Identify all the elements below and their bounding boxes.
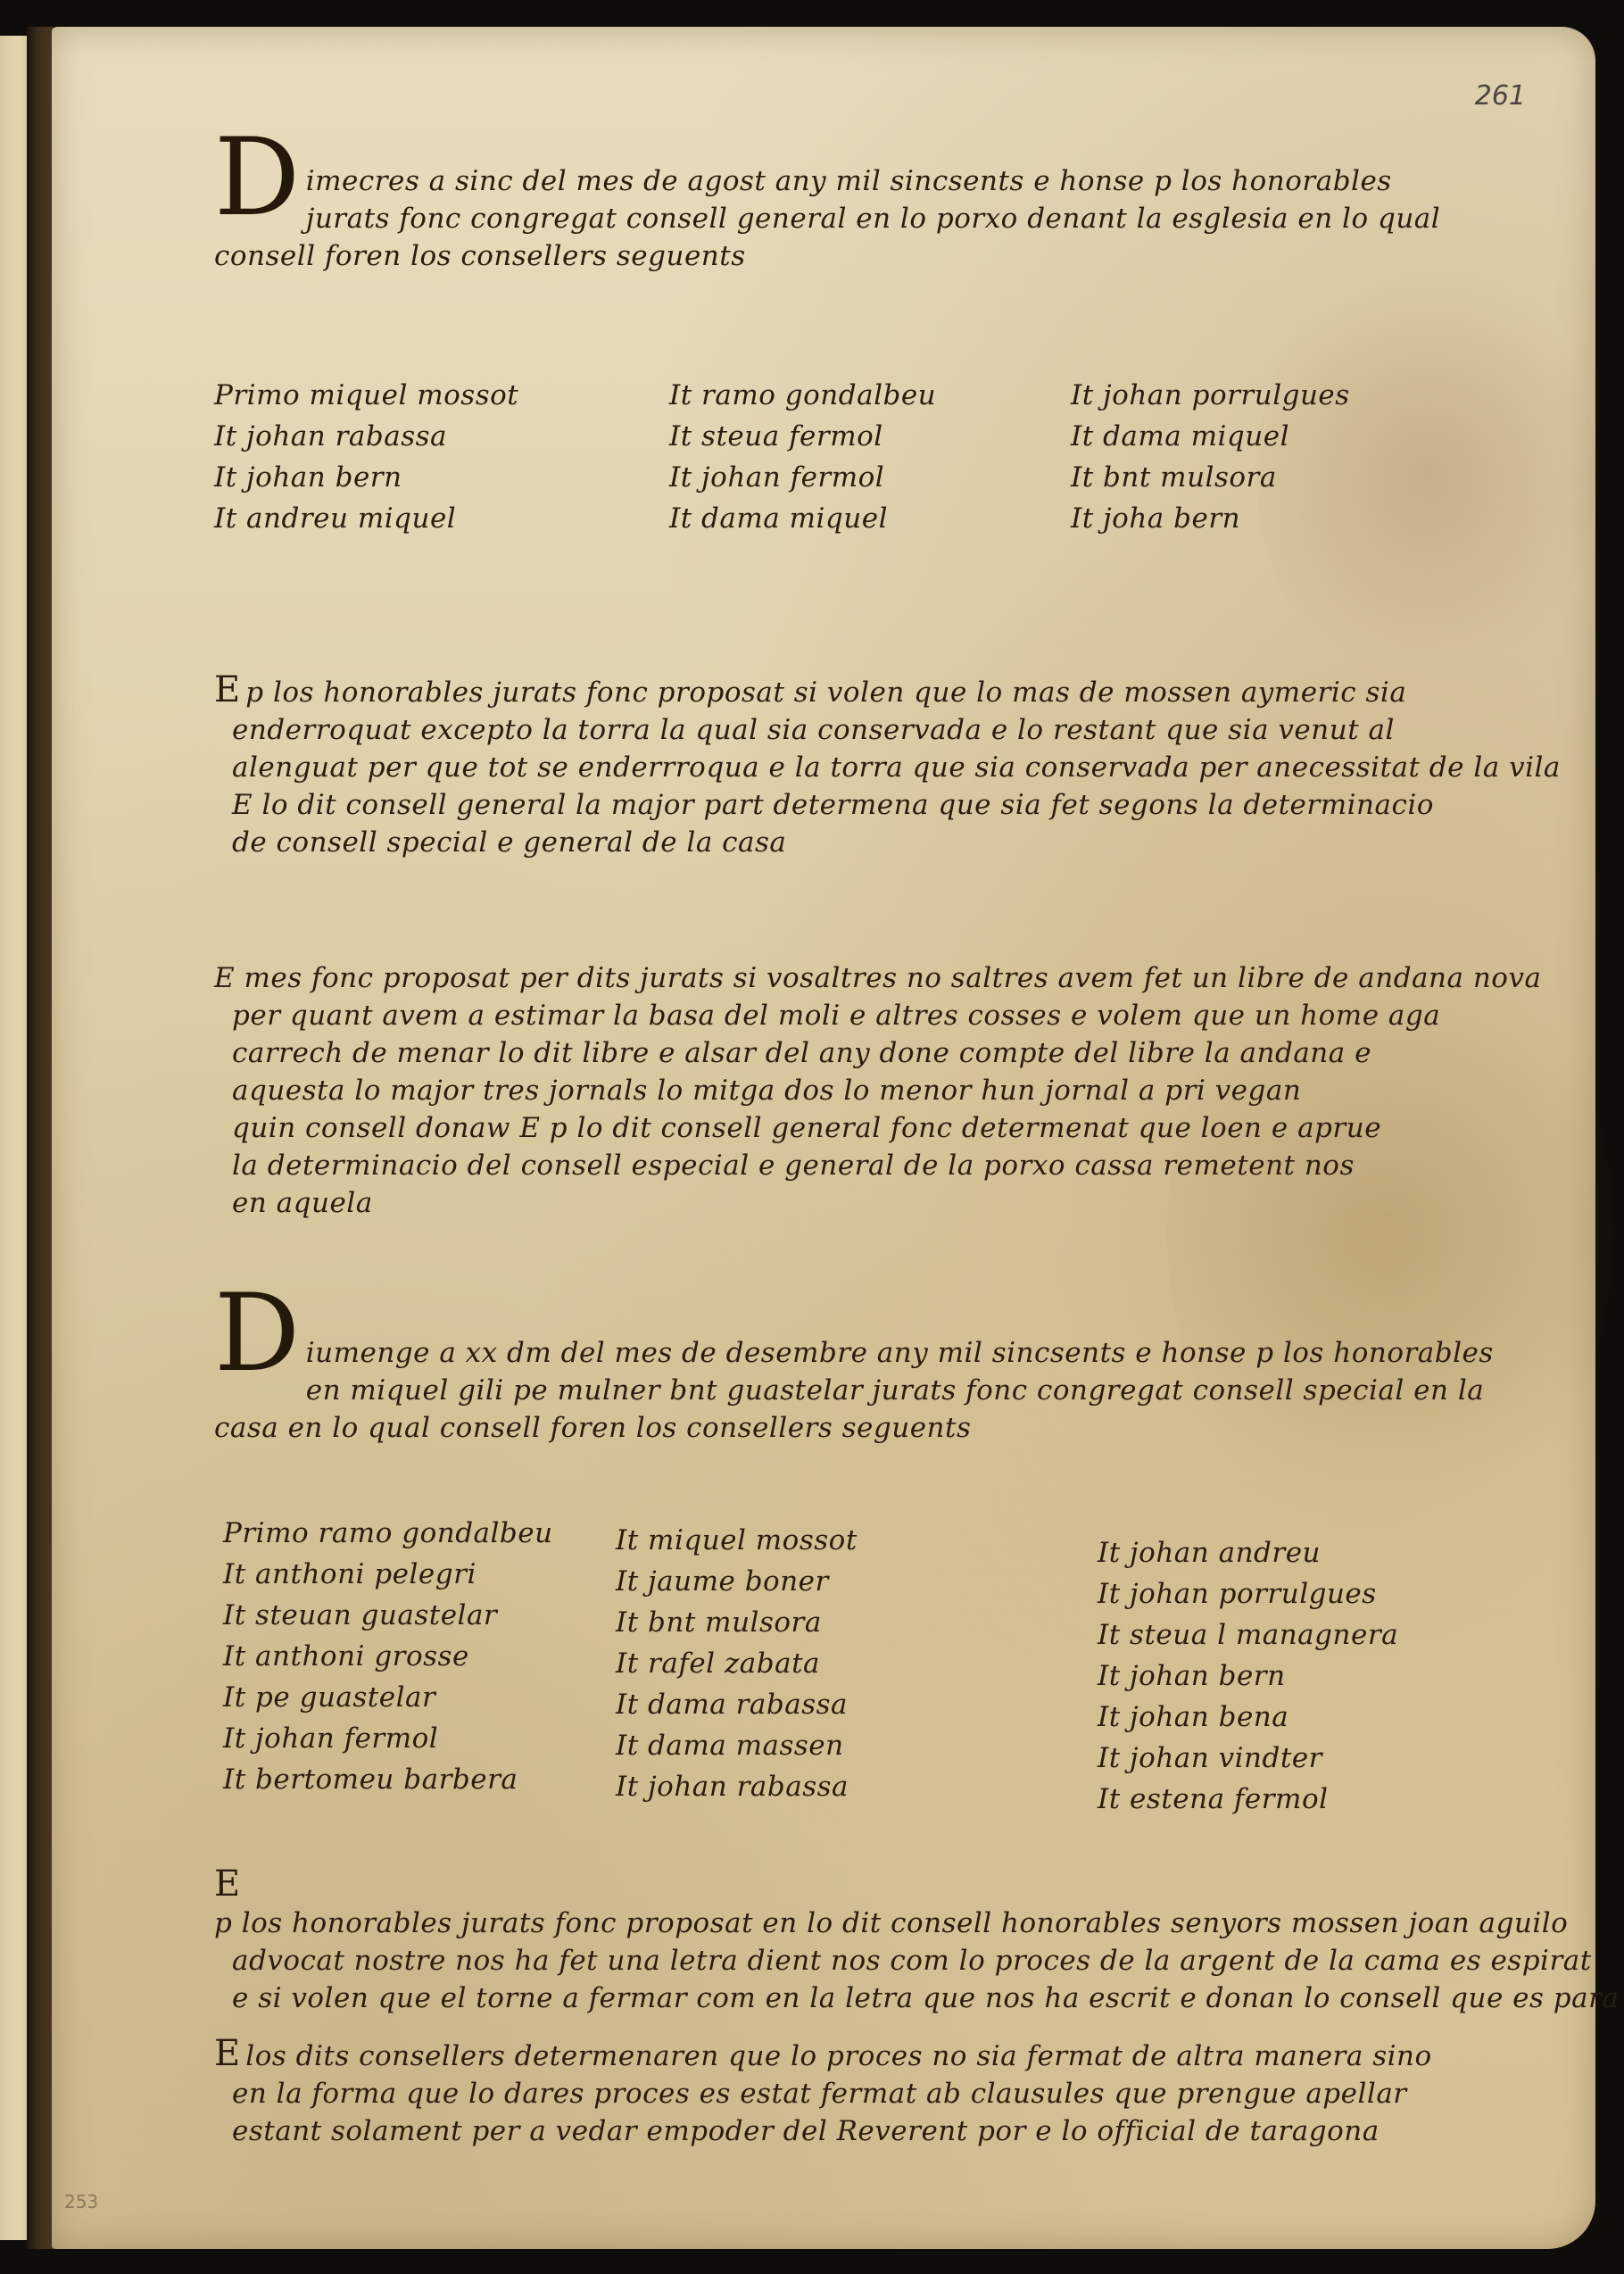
text-line: iumenge a xx dm del mes de desembre any … xyxy=(214,1299,1481,1372)
text-line: en miquel gili pe mulner bnt guastelar j… xyxy=(214,1372,1481,1409)
text-line: carrech de menar lo dit libre e alsar de… xyxy=(214,1034,1481,1072)
council-member: It dama miquel xyxy=(669,498,1035,539)
council-member: It bnt mulsora xyxy=(616,1602,1062,1643)
council-member: It joha bern xyxy=(1071,498,1428,539)
text-line: en la forma que lo dares proces es estat… xyxy=(214,2075,1481,2112)
council-member: It johan fermol xyxy=(669,457,1035,498)
council-member: It steuan guastelar xyxy=(223,1595,580,1636)
names-column: Primo ramo gondalbeu It anthoni pelegri … xyxy=(223,1513,580,1820)
text-line: enderroquat excepto la torra la qual sia… xyxy=(214,711,1481,749)
names-column: It miquel mossot It jaume boner It bnt m… xyxy=(616,1513,1062,1820)
text-line: los dits consellers determenaren que lo … xyxy=(245,2040,1431,2072)
entry-council-determination: E los dits consellers determenaren que l… xyxy=(214,2033,1481,2150)
council-member: It johan rabassa xyxy=(616,1766,1062,1807)
council-member: It estena fermol xyxy=(1098,1779,1481,1820)
text-line: quin consell donaw E p lo dit consell ge… xyxy=(214,1109,1481,1147)
entry-december-council: D iumenge a xx dm del mes de desembre an… xyxy=(214,1299,1481,1447)
council-member: It steua fermol xyxy=(669,416,1035,457)
text-line: p los honorables jurats fonc proposat en… xyxy=(214,1907,1568,1939)
text-line: aquesta lo major tres jornals lo mitga d… xyxy=(214,1072,1481,1109)
text-line: alenguat per que tot se enderrroqua e la… xyxy=(214,749,1481,786)
council-member: It dama massen xyxy=(616,1725,1062,1766)
text-line: de consell special e general de la casa xyxy=(214,824,1481,861)
text-line: en aquela xyxy=(214,1184,1481,1222)
council-member: It johan porrulgues xyxy=(1071,375,1428,416)
drop-cap: D xyxy=(214,1290,301,1379)
binding-gutter xyxy=(27,27,54,2249)
old-folio-number: 253 xyxy=(64,2191,98,2212)
council-member: It johan fermol xyxy=(223,1718,580,1759)
drop-cap: D xyxy=(214,134,301,223)
drop-cap: E xyxy=(214,1863,241,1905)
entry-andana-book: E mes fonc proposat per dits jurats si v… xyxy=(214,959,1481,1222)
text-line: jurats fonc congregat consell general en… xyxy=(214,200,1481,237)
folio-number: 261 xyxy=(1475,80,1526,112)
council-member-list-1: Primo miquel mossot It johan rabassa It … xyxy=(214,375,1428,539)
council-member: It bertomeu barbera xyxy=(223,1759,580,1800)
council-member: It bnt mulsora xyxy=(1071,457,1428,498)
council-member: It johan vindter xyxy=(1098,1738,1481,1779)
council-member: It rafel zabata xyxy=(616,1643,1062,1684)
council-member: It steua l managnera xyxy=(1098,1614,1481,1656)
text-line: p los honorables jurats fonc proposat si… xyxy=(245,676,1406,709)
text-line: imecres a sinc del mes de agost any mil … xyxy=(214,143,1481,200)
council-member: It dama miquel xyxy=(1071,416,1428,457)
text-line: per quant avem a estimar la basa del mol… xyxy=(214,997,1481,1034)
council-member: It johan bern xyxy=(1098,1656,1481,1697)
council-member: It johan bena xyxy=(1098,1697,1481,1738)
names-column: It johan porrulgues It dama miquel It bn… xyxy=(1071,375,1428,539)
council-member: It dama rabassa xyxy=(616,1684,1062,1725)
text-line: estant solament per a vedar empoder del … xyxy=(214,2112,1481,2150)
council-member: It jaume boner xyxy=(616,1561,1062,1602)
entry-august-council: D imecres a sinc del mes de agost any mi… xyxy=(214,143,1481,275)
council-member: It miquel mossot xyxy=(616,1520,1062,1561)
text-line: advocat nostre nos ha fet una letra dien… xyxy=(214,1942,1481,1979)
text-line: e si volen que el torne a fermar com en … xyxy=(214,1979,1481,2017)
council-member: It johan porrulgues xyxy=(1098,1573,1481,1614)
text-line: la determinacio del consell especial e g… xyxy=(214,1147,1481,1184)
drop-cap: E xyxy=(214,2033,241,2074)
entry-advocate-letter: E p los honorables jurats fonc proposat … xyxy=(214,1863,1481,2017)
text-line: E lo dit consell general la major part d… xyxy=(214,786,1481,824)
names-column: Primo miquel mossot It johan rabassa It … xyxy=(214,375,634,539)
council-member: It anthoni pelegri xyxy=(223,1554,580,1595)
council-member: It johan bern xyxy=(214,457,634,498)
names-column: It ramo gondalbeu It steua fermol It joh… xyxy=(669,375,1035,539)
council-member: It ramo gondalbeu xyxy=(669,375,1035,416)
council-member: Primo miquel mossot xyxy=(214,375,634,416)
council-member: It pe guastelar xyxy=(223,1677,580,1718)
entry-proposal-tower: E p los honorables jurats fonc proposat … xyxy=(214,669,1481,861)
drop-cap: E xyxy=(214,669,241,710)
council-member: It johan andreu xyxy=(1098,1532,1481,1573)
council-member-list-2: Primo ramo gondalbeu It anthoni pelegri … xyxy=(223,1513,1481,1820)
council-member: It andreu miquel xyxy=(214,498,634,539)
council-member: Primo ramo gondalbeu xyxy=(223,1513,580,1554)
text-line: E mes fonc proposat per dits jurats si v… xyxy=(214,959,1481,997)
text-line: casa en lo qual consell foren los consel… xyxy=(214,1409,1481,1447)
council-member-corrected: It anthoni grosse xyxy=(223,1636,580,1677)
names-column: It johan andreu It johan porrulgues It s… xyxy=(1098,1513,1481,1820)
council-member: It johan rabassa xyxy=(214,416,634,457)
text-line: consell foren los consellers seguents xyxy=(214,237,1481,275)
